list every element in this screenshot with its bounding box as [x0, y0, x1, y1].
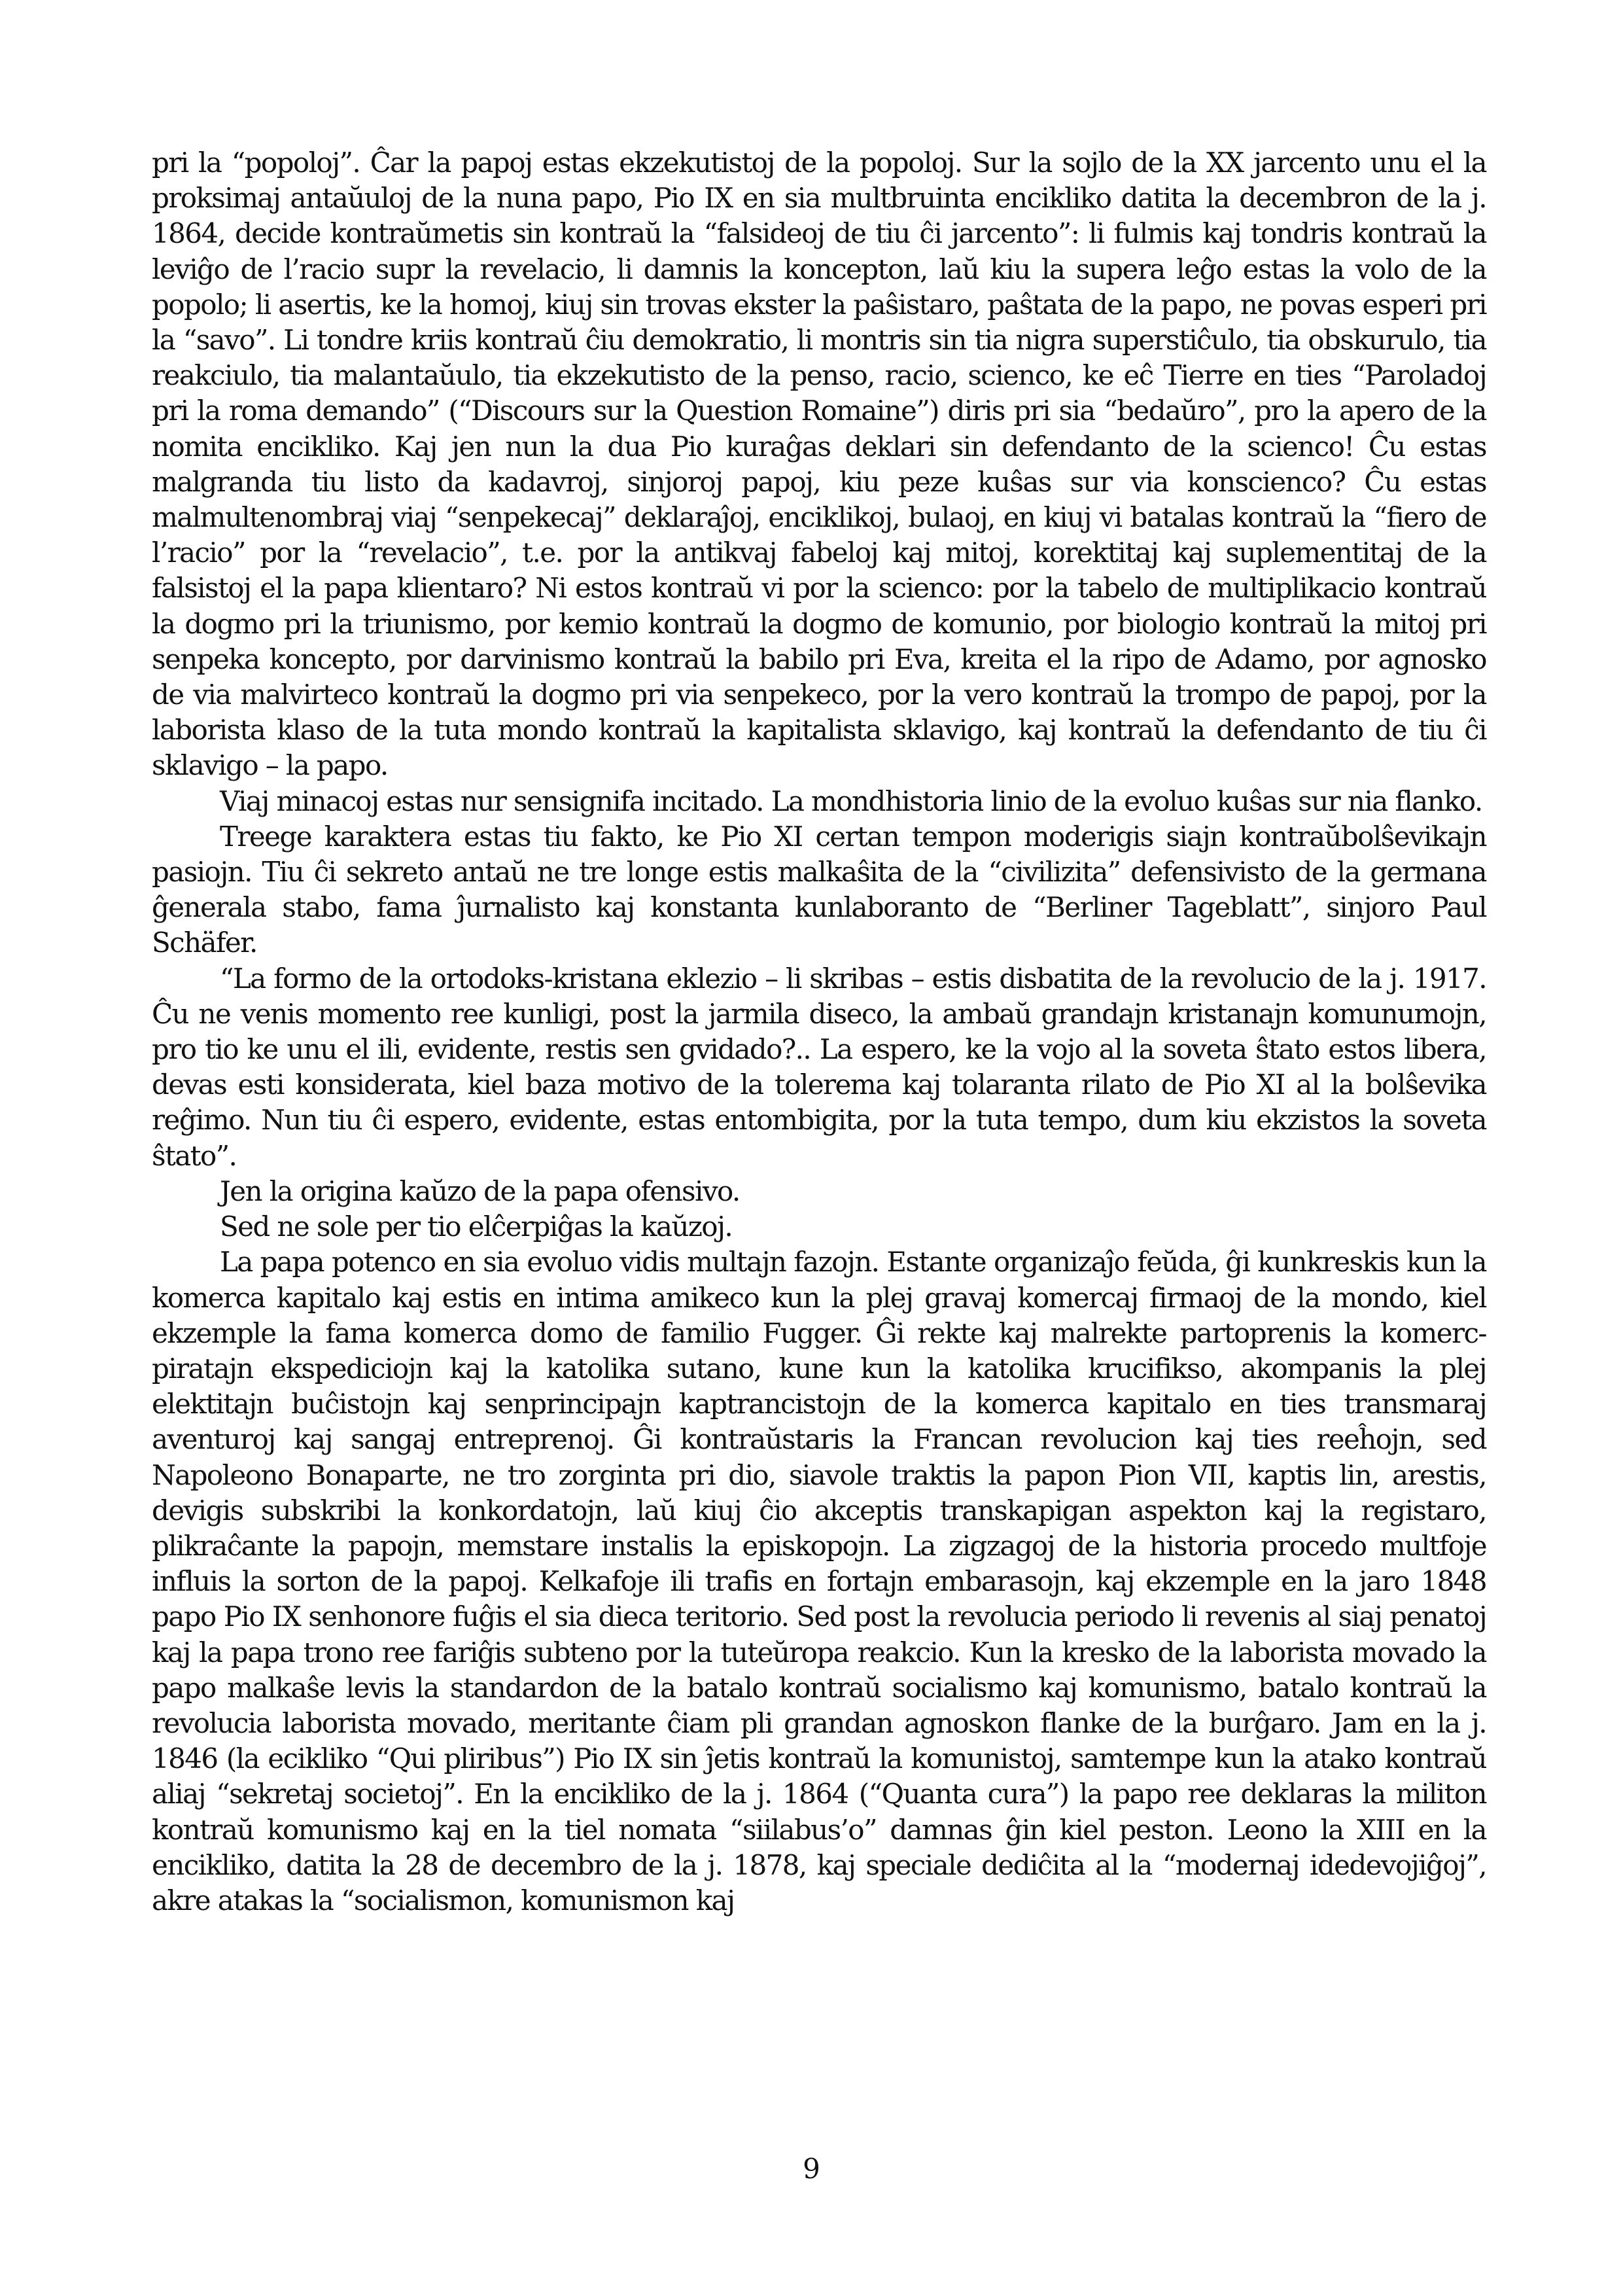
paragraph-5: Jen la origina kaŭzo de la papa ofensivo… — [152, 1174, 1486, 1209]
paragraph-2: Viaj minacoj estas nur sensignifa incita… — [152, 784, 1486, 819]
document-page: pri la “popoloj”. Ĉar la papoj estas ekz… — [152, 145, 1486, 1918]
paragraph-3: Treege karaktera estas tiu fakto, ke Pio… — [152, 819, 1486, 961]
paragraph-1: pri la “popoloj”. Ĉar la papoj estas ekz… — [152, 145, 1486, 784]
paragraph-4: “La formo de la ortodoks-kristana eklezi… — [152, 961, 1486, 1174]
paragraph-7: La papa potenco en sia evoluo vidis mult… — [152, 1245, 1486, 1918]
page-number: 9 — [0, 2153, 1623, 2185]
paragraph-6: Sed ne sole per tio elĉerpiĝas la kaŭzoj… — [152, 1209, 1486, 1245]
